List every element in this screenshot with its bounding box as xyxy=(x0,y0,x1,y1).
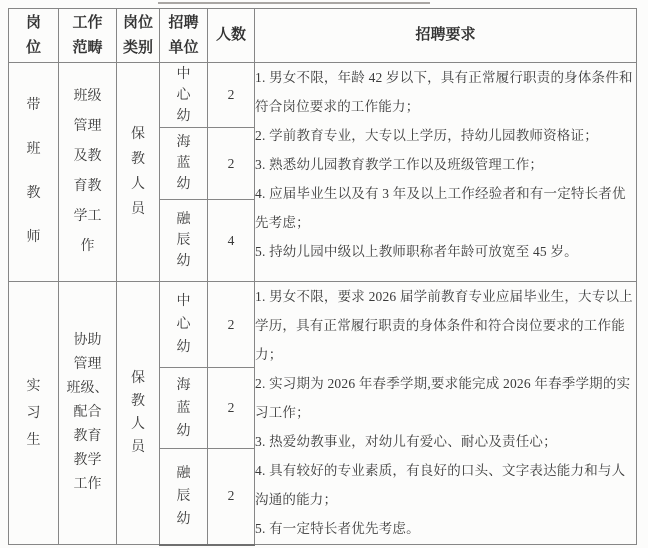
cell-unit: 中 心 幼 xyxy=(160,282,208,368)
cell-unit: 海 蓝 幼 xyxy=(160,128,208,200)
requirement-item: 5. 有一定特长者优先考虑。 xyxy=(255,514,636,543)
header-cell-unit: 招聘 单位 xyxy=(160,9,208,63)
cell-position: 带 班 教 师 xyxy=(9,63,59,282)
recruitment-table: 岗 位 工作 范畴 岗位 类别 招聘 单位 人数 招聘要求 带 班 教 师 班级… xyxy=(8,8,637,546)
requirement-item: 3. 熟悉幼儿园教育教学工作以及班级管理工作； xyxy=(255,150,636,179)
cell-requirements: 1. 男女不限，要求 2026 届学前教育专业应届毕业生，大专以上学历，具有正常… xyxy=(255,282,637,545)
requirement-item: 3. 热爱幼教事业，对幼儿有爱心、耐心及责任心； xyxy=(255,427,636,456)
cell-count: 2 xyxy=(208,282,255,368)
page: 岗 位 工作 范畴 岗位 类别 招聘 单位 人数 招聘要求 带 班 教 师 班级… xyxy=(0,0,648,548)
cell-scope: 协助 管理 班级、 配合 教育 教学 工作 xyxy=(59,282,117,545)
cell-unit: 融 辰 幼 xyxy=(160,200,208,282)
cell-requirements: 1. 男女不限，年龄 42 岁以下，具有正常履行职责的身体条件和符合岗位要求的工… xyxy=(255,63,637,282)
table-row: 带 班 教 师 班级 管理 及教 育教 学工 作 保 教 人 员 中 心 幼 2… xyxy=(9,63,637,128)
cell-count: 2 xyxy=(208,368,255,449)
requirement-item: 1. 男女不限，年龄 42 岁以下，具有正常履行职责的身体条件和符合岗位要求的工… xyxy=(255,63,636,121)
cell-count: 2 xyxy=(208,449,255,545)
cell-count: 2 xyxy=(208,128,255,200)
requirement-item: 2. 学前教育专业，大专以上学历，持幼儿园教师资格证； xyxy=(255,121,636,150)
cell-scope: 班级 管理 及教 育教 学工 作 xyxy=(59,63,117,282)
header-row: 岗 位 工作 范畴 岗位 类别 招聘 单位 人数 招聘要求 xyxy=(9,9,637,63)
table-row: 实 习 生 协助 管理 班级、 配合 教育 教学 工作 保 教 人 员 中 心 … xyxy=(9,282,637,368)
cell-unit: 融 辰 幼 xyxy=(160,449,208,545)
header-cell-category: 岗位 类别 xyxy=(117,9,160,63)
header-cell-requirements: 招聘要求 xyxy=(255,9,637,63)
page-edge-artifact-line xyxy=(158,2,430,4)
cell-count: 2 xyxy=(208,63,255,128)
cell-category: 保 教 人 员 xyxy=(117,282,160,545)
cell-unit: 海 蓝 幼 xyxy=(160,368,208,449)
requirement-item: 4. 应届毕业生以及有 3 年及以上工作经验者和有一定特长者优先考虑； xyxy=(255,179,636,237)
requirement-item: 2. 实习期为 2026 年春季学期,要求能完成 2026 年春季学期的实习工作… xyxy=(255,369,636,427)
header-cell-position: 岗 位 xyxy=(9,9,59,63)
cell-category: 保 教 人 员 xyxy=(117,63,160,282)
requirement-item: 5. 持幼儿园中级以上教师职称者年龄可放宽至 45 岁。 xyxy=(255,237,636,266)
header-cell-count: 人数 xyxy=(208,9,255,63)
cell-position: 实 习 生 xyxy=(9,282,59,545)
cell-unit: 中 心 幼 xyxy=(160,63,208,128)
cell-count: 4 xyxy=(208,200,255,282)
requirement-item: 1. 男女不限，要求 2026 届学前教育专业应届毕业生，大专以上学历，具有正常… xyxy=(255,282,636,369)
requirement-item: 4. 具有较好的专业素质，有良好的口头、文字表达能力和与人沟通的能力； xyxy=(255,456,636,514)
header-cell-scope: 工作 范畴 xyxy=(59,9,117,63)
